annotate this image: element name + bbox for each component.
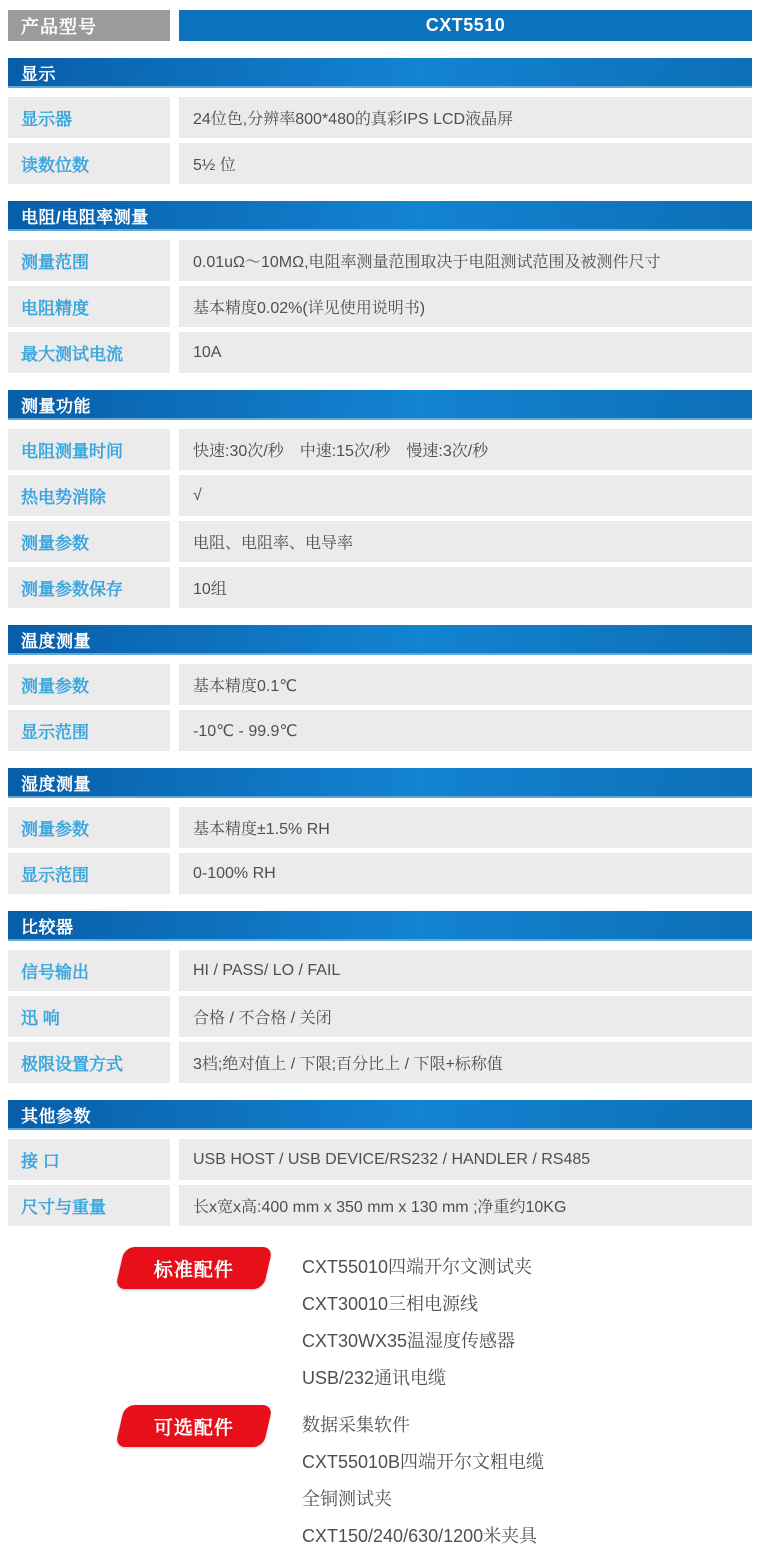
row-label: 尺寸与重量 — [8, 1185, 170, 1226]
table-row: 测量参数 基本精度0.1℃ — [8, 664, 752, 705]
section-title: 温度测量 — [8, 625, 752, 655]
row-value: 10组 — [179, 567, 752, 608]
table-row: 测量参数 基本精度±1.5% RH — [8, 807, 752, 848]
list-item: CXT30010三相电源线 — [302, 1284, 532, 1321]
row-label: 显示范围 — [8, 853, 170, 894]
row-value: HI / PASS/ LO / FAIL — [179, 950, 752, 991]
badge-label: 标准配件 — [154, 1255, 234, 1282]
table-row: 电阻精度 基本精度0.02%(详见使用说明书) — [8, 286, 752, 327]
section-display: 显示 显示器 24位色,分辨率800*480的真彩IPS LCD液晶屏 读数位数… — [8, 58, 752, 184]
list-item: USB/232通讯电缆 — [302, 1358, 532, 1395]
row-label: 显示范围 — [8, 710, 170, 751]
standard-accessories-badge: 标准配件 — [115, 1247, 273, 1289]
row-value: 0.01uΩ～10MΩ,电阻率测量范围取决于电阻测试范围及被测件尺寸 — [179, 240, 752, 281]
table-row: 接 口 USB HOST / USB DEVICE/RS232 / HANDLE… — [8, 1139, 752, 1180]
section-functions: 测量功能 电阻测量时间 快速:30次/秒 中速:15次/秒 慢速:3次/秒 热电… — [8, 390, 752, 608]
row-value: 5½ 位 — [179, 143, 752, 184]
section-title: 显示 — [8, 58, 752, 88]
row-value: 10A — [179, 332, 752, 373]
row-value: 长x宽x高:400 mm x 350 mm x 130 mm ;净重约10KG — [179, 1185, 752, 1226]
section-title: 电阻/电阻率测量 — [8, 201, 752, 231]
table-row: 尺寸与重量 长x宽x高:400 mm x 350 mm x 130 mm ;净重… — [8, 1185, 752, 1226]
row-value: -10℃ - 99.9℃ — [179, 710, 752, 751]
row-label: 热电势消除 — [8, 475, 170, 516]
model-header-label: 产品型号 — [8, 10, 170, 41]
optional-accessories-list: 数据采集软件 CXT55010B四端开尔文粗电缆 全铜测试夹 CXT150/24… — [302, 1405, 544, 1553]
row-label: 迅 响 — [8, 996, 170, 1037]
spec-sheet: 产品型号 CXT5510 显示 显示器 24位色,分辨率800*480的真彩IP… — [0, 0, 760, 1553]
row-value: 3档;绝对值上 / 下限;百分比上 / 下限+标称值 — [179, 1042, 752, 1083]
table-row: 显示范围 0-100% RH — [8, 853, 752, 894]
row-label: 测量参数 — [8, 664, 170, 705]
section-title: 湿度测量 — [8, 768, 752, 798]
row-label: 显示器 — [8, 97, 170, 138]
row-value: 0-100% RH — [179, 853, 752, 894]
section-comparator: 比较器 信号输出 HI / PASS/ LO / FAIL 迅 响 合格 / 不… — [8, 911, 752, 1083]
section-title: 测量功能 — [8, 390, 752, 420]
badge-label: 可选配件 — [154, 1413, 234, 1440]
table-row: 最大测试电流 10A — [8, 332, 752, 373]
list-item: CXT30WX35温湿度传感器 — [302, 1321, 532, 1358]
row-label: 测量参数 — [8, 521, 170, 562]
table-row: 极限设置方式 3档;绝对值上 / 下限;百分比上 / 下限+标称值 — [8, 1042, 752, 1083]
accessories: 标准配件 CXT55010四端开尔文测试夹 CXT30010三相电源线 CXT3… — [8, 1243, 752, 1553]
row-value: 基本精度0.02%(详见使用说明书) — [179, 286, 752, 327]
section-temperature: 温度测量 测量参数 基本精度0.1℃ 显示范围 -10℃ - 99.9℃ — [8, 625, 752, 751]
row-value: 基本精度±1.5% RH — [179, 807, 752, 848]
section-title: 比较器 — [8, 911, 752, 941]
row-label: 电阻精度 — [8, 286, 170, 327]
row-value: 电阻、电阻率、电导率 — [179, 521, 752, 562]
table-row: 测量参数 电阻、电阻率、电导率 — [8, 521, 752, 562]
row-label: 读数位数 — [8, 143, 170, 184]
row-value: 24位色,分辨率800*480的真彩IPS LCD液晶屏 — [179, 97, 752, 138]
optional-accessories-badge: 可选配件 — [115, 1405, 273, 1447]
table-row: 测量参数保存 10组 — [8, 567, 752, 608]
optional-accessories-group: 可选配件 数据采集软件 CXT55010B四端开尔文粗电缆 全铜测试夹 CXT1… — [8, 1405, 752, 1553]
list-item: CXT55010四端开尔文测试夹 — [302, 1247, 532, 1284]
section-resistance: 电阻/电阻率测量 测量范围 0.01uΩ～10MΩ,电阻率测量范围取决于电阻测试… — [8, 201, 752, 373]
section-humidity: 湿度测量 测量参数 基本精度±1.5% RH 显示范围 0-100% RH — [8, 768, 752, 894]
row-label: 信号输出 — [8, 950, 170, 991]
list-item: CXT150/240/630/1200米夹具 — [302, 1516, 544, 1553]
row-value: 基本精度0.1℃ — [179, 664, 752, 705]
row-label: 测量参数 — [8, 807, 170, 848]
section-other: 其他参数 接 口 USB HOST / USB DEVICE/RS232 / H… — [8, 1100, 752, 1226]
row-label: 极限设置方式 — [8, 1042, 170, 1083]
section-title: 其他参数 — [8, 1100, 752, 1130]
table-row: 热电势消除 √ — [8, 475, 752, 516]
table-row: 迅 响 合格 / 不合格 / 关闭 — [8, 996, 752, 1037]
row-label: 电阻测量时间 — [8, 429, 170, 470]
model-header: 产品型号 CXT5510 — [8, 10, 752, 41]
row-label: 测量范围 — [8, 240, 170, 281]
list-item: CXT55010B四端开尔文粗电缆 — [302, 1442, 544, 1479]
standard-accessories-list: CXT55010四端开尔文测试夹 CXT30010三相电源线 CXT30WX35… — [302, 1247, 532, 1395]
list-item: 全铜测试夹 — [302, 1479, 544, 1516]
row-label: 最大测试电流 — [8, 332, 170, 373]
table-row: 信号输出 HI / PASS/ LO / FAIL — [8, 950, 752, 991]
model-number: CXT5510 — [179, 10, 752, 41]
standard-accessories-group: 标准配件 CXT55010四端开尔文测试夹 CXT30010三相电源线 CXT3… — [8, 1247, 752, 1395]
table-row: 显示器 24位色,分辨率800*480的真彩IPS LCD液晶屏 — [8, 97, 752, 138]
table-row: 电阻测量时间 快速:30次/秒 中速:15次/秒 慢速:3次/秒 — [8, 429, 752, 470]
row-value: √ — [179, 475, 752, 516]
table-row: 测量范围 0.01uΩ～10MΩ,电阻率测量范围取决于电阻测试范围及被测件尺寸 — [8, 240, 752, 281]
row-label: 测量参数保存 — [8, 567, 170, 608]
list-item: 数据采集软件 — [302, 1405, 544, 1442]
table-row: 显示范围 -10℃ - 99.9℃ — [8, 710, 752, 751]
row-value: USB HOST / USB DEVICE/RS232 / HANDLER / … — [179, 1139, 752, 1180]
row-label: 接 口 — [8, 1139, 170, 1180]
row-value: 快速:30次/秒 中速:15次/秒 慢速:3次/秒 — [179, 429, 752, 470]
row-value: 合格 / 不合格 / 关闭 — [179, 996, 752, 1037]
table-row: 读数位数 5½ 位 — [8, 143, 752, 184]
